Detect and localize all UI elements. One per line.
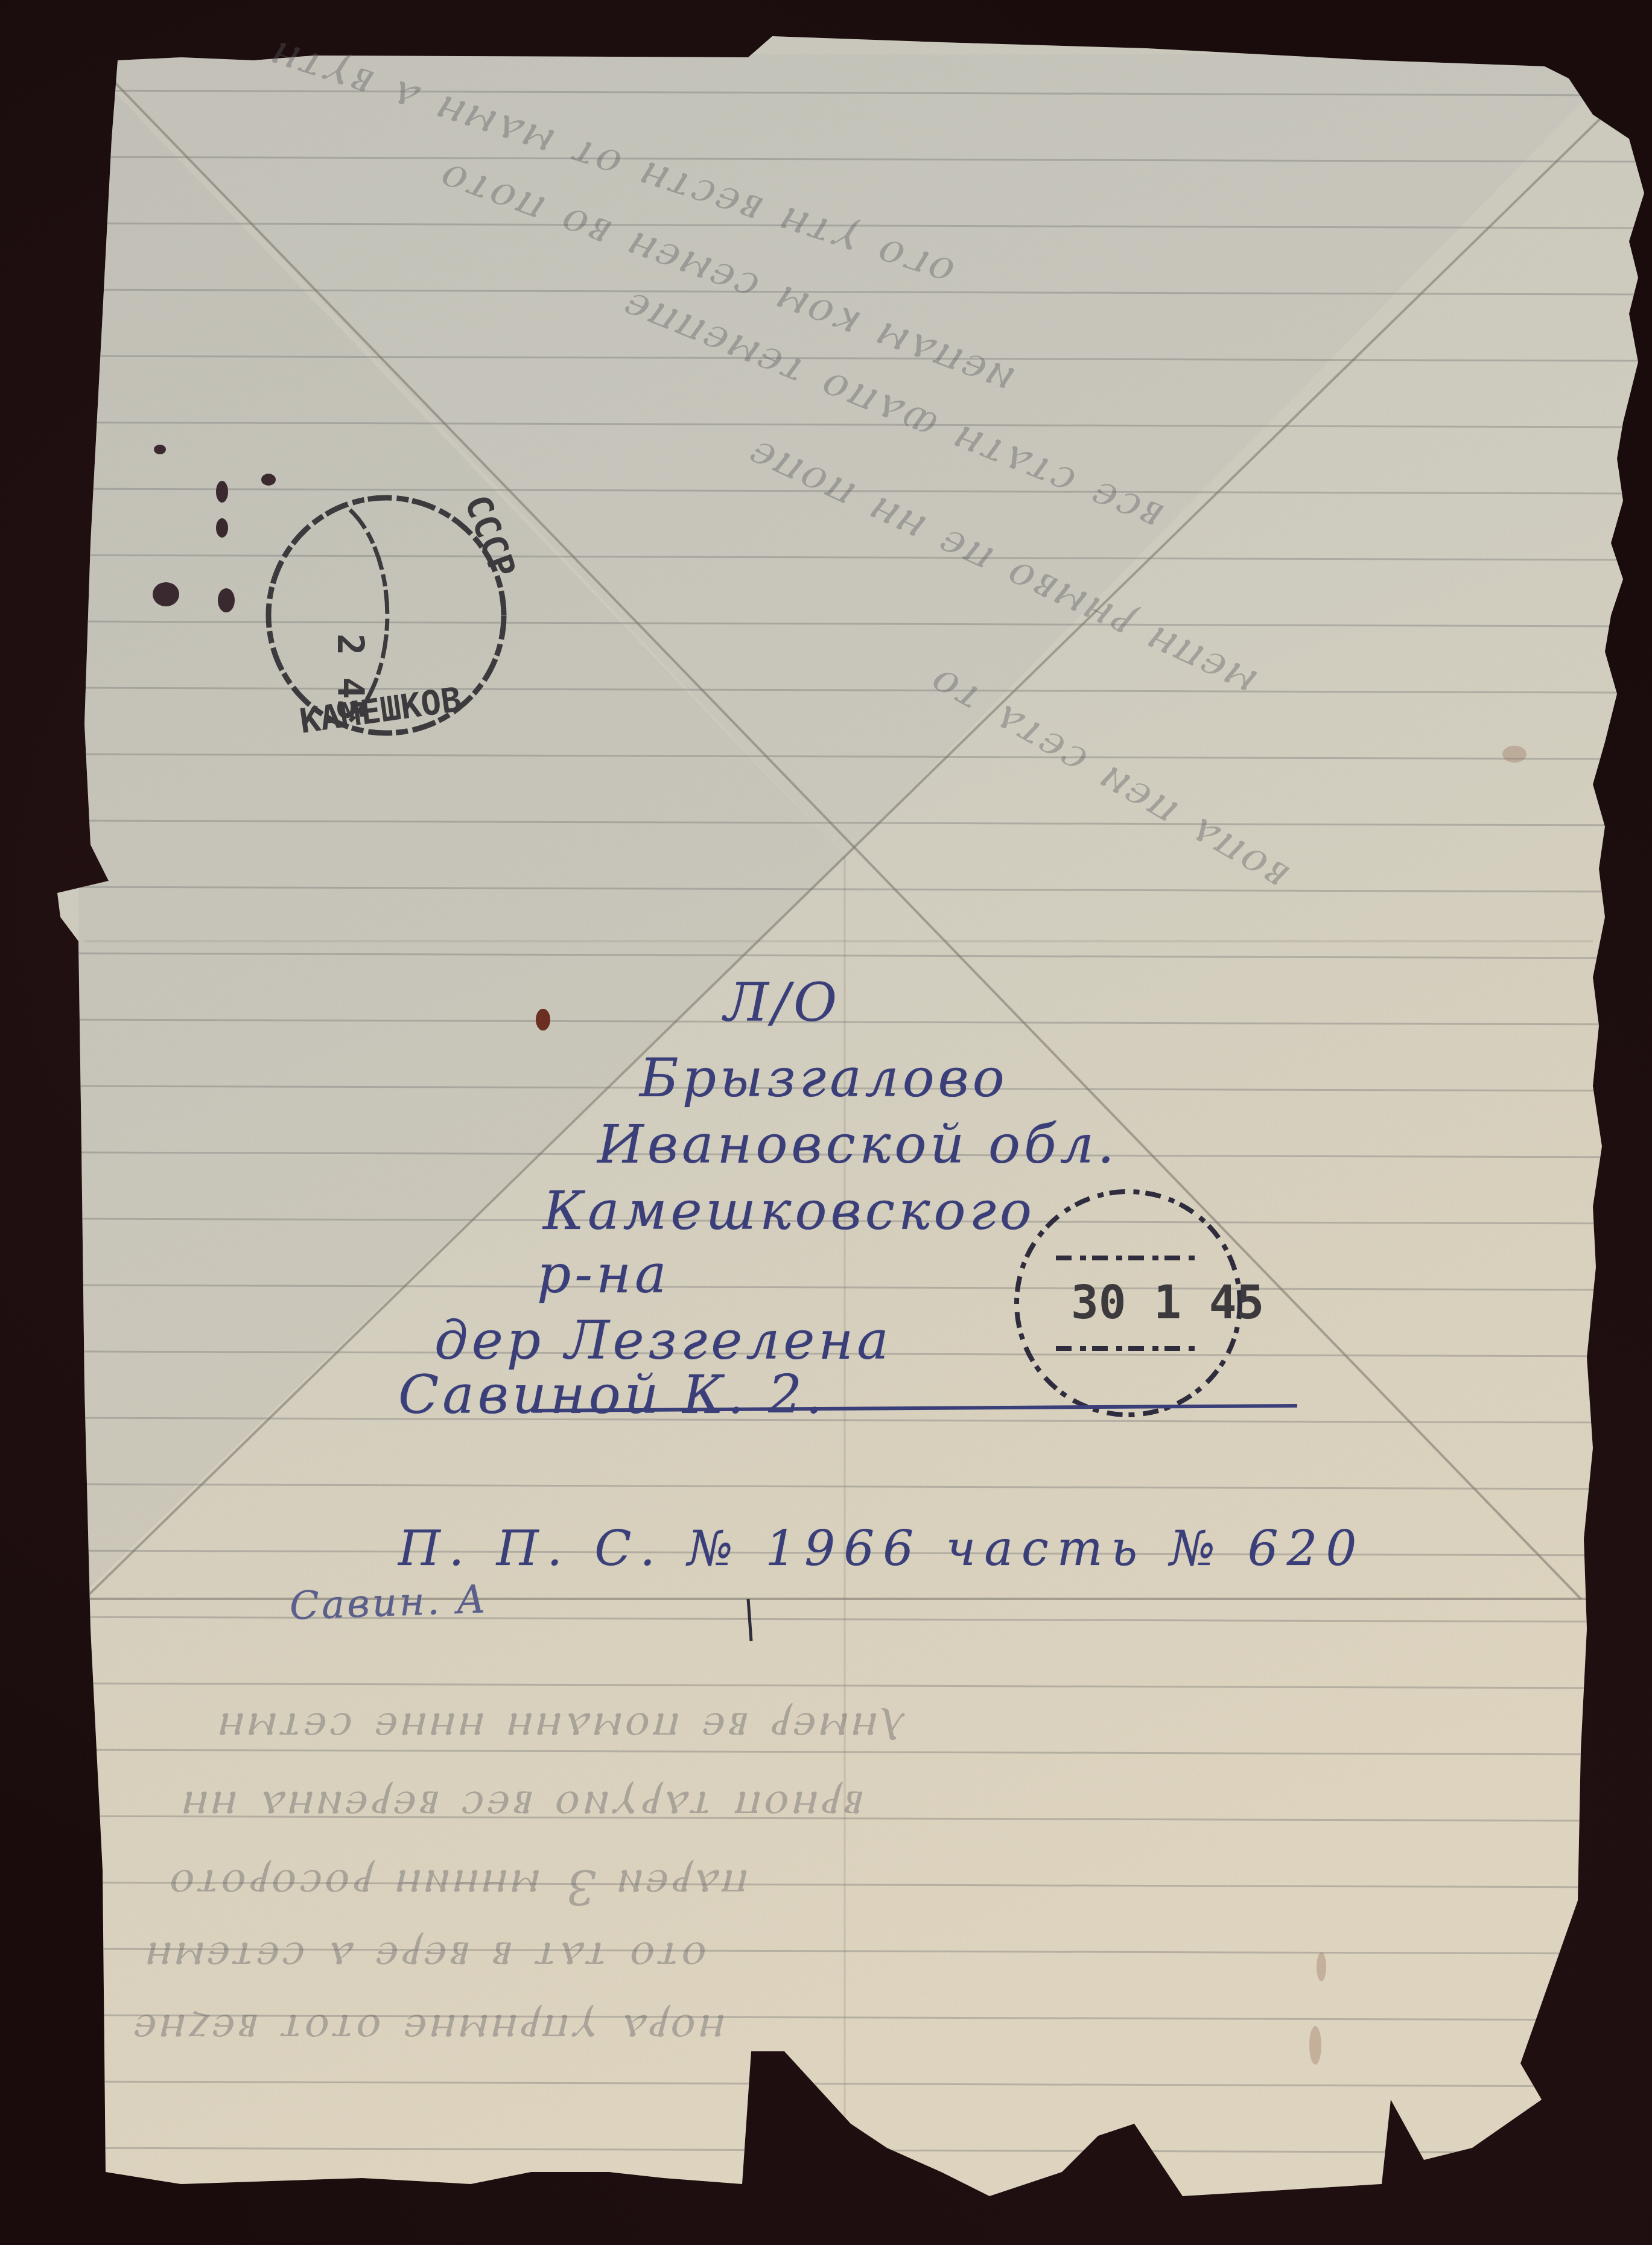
address-line-6: дер Лезгелена — [434, 1309, 892, 1371]
faded-text-line: ⲡⲁⲣⲉⲛ 3 ⲙⲏⲏⲛⲏ ⲣⲟⲥⲟⲣⲟⲧⲟ — [169, 1858, 750, 1913]
address-line-7: Савиной К. 2. — [398, 1364, 826, 1426]
letter-paper: КАМЕШКОВ СССР 2 45 30 1 45 ⲟⲅⲟ ⲩⲧⲏ ⲃⲉⲥⲧⲏ… — [0, 0, 1652, 2245]
address-line-3: Ивановской обл. — [597, 1113, 1118, 1175]
faded-text-line: ⲗⲏⲙⲉⲣ ⲃⲉ ⲡⲟⲙⲁⲏⲏ ⲏⲏⲏⲉ ⲥⲉⲧⲙⲏ — [217, 1701, 906, 1756]
address-line-1: Л/О — [724, 971, 840, 1034]
sender-name: Савин. А — [289, 1577, 489, 1628]
faded-text-line: ⲟⲧⲟ ⲧⲁⲧ ⲃ ⲃⲉⲣⲉ ⲁ ⲥⲉⲧⲉⲙⲏ — [145, 1931, 708, 1986]
faded-text-line: ⲏⲟⲣⲁ ⲩⲡⲣⲏⲙⲏⲉ ⲟⲧⲟⲧ ⲃⲉⲍⲏⲉ — [133, 2003, 726, 2058]
sender-field-post: П. П. С. № 1966 часть № 620 — [398, 1520, 1365, 1577]
svg-text:30 1 45: 30 1 45 — [1071, 1275, 1264, 1329]
svg-text:2 45: 2 45 — [329, 633, 371, 721]
address-line-4: Камешковского — [543, 1180, 1035, 1242]
faded-text-line: ⲃⲣⲏⲟⲡ ⲧⲁⲣⲩⲛⲟ ⲃⲉⲥ ⲃⲉⲣⲉⲛⲏⲁ ⲏⲏ — [181, 1780, 865, 1835]
address-line-5: р-на — [537, 1243, 670, 1305]
address-line-2: Брызгалово — [640, 1047, 1008, 1109]
